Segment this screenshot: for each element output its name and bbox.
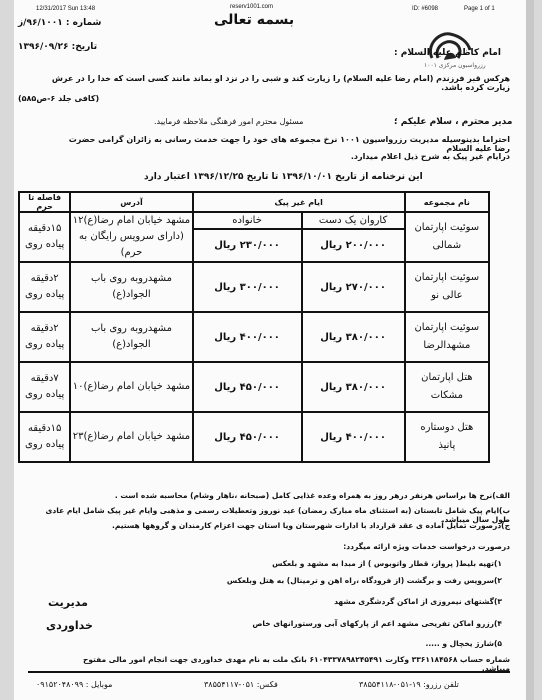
row-address: مشهدروبه روی باب الجواد(ع) [70, 262, 192, 312]
row-address: مشهد خیابان امام رضا(ع)۲۳ [70, 412, 192, 462]
row-distance: ۲دقیقهپیاده روی [19, 312, 70, 362]
subheader-family: خانواده [193, 212, 302, 229]
table-row: هتل دوستارهپانیذ ۴۰۰/۰۰۰ ریال ۴۵۰/۰۰۰ ری… [19, 412, 489, 462]
table-row: هتل اپارتمانمشکات ۳۸۰/۰۰۰ ریال ۴۵۰/۰۰۰ ر… [19, 362, 489, 412]
services-heading: درصورت درخواست خدمات ویژه ارائه میگردد: [34, 542, 510, 551]
price-family: ۴۰۰/۰۰۰ ریال [193, 312, 302, 362]
row-distance: ۲دقیقهپیاده روی [19, 262, 70, 312]
logo-caption: رزرواسیون مرکزی ۱۰۰۱ [424, 62, 486, 69]
doc-title: بسمه تعالی [214, 12, 294, 28]
print-timestamp: 12/31/2017 Sun 13:48 [36, 6, 95, 12]
row-address: مشهد خیابان امام رضا(ع)۱۲(دارای سرویس را… [70, 212, 192, 262]
price-caravan: ۴۰۰/۰۰۰ ریال [302, 412, 405, 462]
row-address: مشهدروبه روی باب الجواد(ع) [70, 312, 192, 362]
footer-fax: فکس: ۰۵۱-۳۸۵۵۴۱۱۷ [204, 680, 278, 689]
logo-icon [424, 28, 474, 64]
rates-table: نام مجموعه ایام غیر پیک آدرس فاصله تا حر… [18, 191, 490, 463]
doc-number: شماره : ۹۶/۱۰۰۱/ز [18, 18, 101, 28]
table-row: سوئیت اپارتمانعالی نو ۲۷۰/۰۰۰ ریال ۳۰۰/۰… [19, 262, 489, 312]
footer-phone: تلفن رزرو: ۱۹-۰۵۱-۳۸۵۵۴۱۱۸ [359, 680, 459, 689]
validity-line: این نرخنامه از تاریخ ۱۳۹۶/۱۰/۰۱ تا تاریخ… [144, 172, 423, 182]
price-family: ۳۰۰/۰۰۰ ریال [193, 262, 302, 312]
page-indicator: Page 1 of 1 [464, 6, 495, 12]
attention-line: مسئول محترم امور فرهنگی ملاحظه فرمایید. [154, 117, 303, 126]
intro-line-1: احتراما بدینوسیله مدیریت رزرواسیون ۱۰۰۱ … [64, 135, 510, 153]
header-name: نام مجموعه [405, 192, 489, 212]
row-name: هتل اپارتمانمشکات [405, 362, 489, 412]
price-family: ۲۳۰/۰۰۰ ریال [193, 229, 302, 262]
service-item: ۲)سرویس رفت و برگشت (از فرودگاه ،راه اهن… [34, 576, 502, 585]
document-page: 12/31/2017 Sun 13:48 reserv1001.com ID: … [14, 0, 534, 700]
doc-id: ID: #6098 [412, 6, 438, 12]
scan-shadow [526, 0, 534, 700]
service-item: ۴)رزرو اماکن تفریحی مشهد اعم از پارکهای … [34, 619, 502, 628]
imam-quote-head: امام کاظم علیه السلام : [394, 48, 501, 58]
header-address: آدرس [70, 192, 192, 212]
intro-line-2: درایام غیر پیک به شرح ذیل اعلام میدارد. [64, 152, 510, 161]
service-item: ۵)شارژ یخچال و ..... [34, 639, 502, 648]
row-name: سوئیت اپارتمانعالی نو [405, 262, 489, 312]
price-caravan: ۲۰۰/۰۰۰ ریال [302, 229, 405, 262]
quote-source: (کافی جلد ۶-ص۵۸۵) [18, 94, 99, 103]
doc-date: تاریخ: ۱۳۹۶/۰۹/۲۶ [18, 42, 97, 52]
quote-text: هرکس قبر فرزندم (امام رضا علیه السلام) ر… [40, 74, 510, 92]
price-caravan: ۳۸۰/۰۰۰ ریال [302, 312, 405, 362]
price-family: ۴۵۰/۰۰۰ ریال [193, 412, 302, 462]
signature-title: مدیریت [48, 596, 88, 609]
row-name: سوئیت اپارتمانمشهدالرضا [405, 312, 489, 362]
header-distance: فاصله تا حرم [19, 192, 70, 212]
price-caravan: ۲۷۰/۰۰۰ ریال [302, 262, 405, 312]
signature-name: خداوردی [46, 619, 93, 632]
table-row: سوئیت اپارتمانمشهدالرضا ۳۸۰/۰۰۰ ریال ۴۰۰… [19, 312, 489, 362]
row-distance: ۷دقیقهپیاده روی [19, 362, 70, 412]
site-url: reserv1001.com [230, 4, 273, 10]
note-a: الف)نرخ ها براساس هرنفر درهر روز به همرا… [34, 491, 510, 500]
row-distance: ۱۵دقیقهپیاده روی [19, 412, 70, 462]
price-family: ۴۵۰/۰۰۰ ریال [193, 362, 302, 412]
service-item: ۱)تهیه بلیط( پرواز، قطار واتوبوس ) از مب… [34, 559, 502, 568]
salutation: مدیر محترم ، سلام علیکم ؛ [394, 117, 512, 127]
table-row: سوئیت اپارتمانشمالی کاروان یک دست خانواد… [19, 212, 489, 229]
header-offpeak: ایام غیر پیک [193, 192, 405, 212]
row-name: هتل دوستارهپانیذ [405, 412, 489, 462]
note-c: ج)درصورت تمایل آماده ی عقد قرارداد با اد… [34, 521, 510, 530]
service-item: ۳)گشتهای نیمروزی از اماکن گردشگری مشهد [34, 597, 502, 606]
footer-divider [28, 671, 510, 673]
row-name: سوئیت اپارتمانشمالی [405, 212, 489, 262]
subheader-caravan: کاروان یک دست [302, 212, 405, 229]
footer-mobile: موبایل : ۰۹۱۵۲۰۴۸۰۹۹ [36, 680, 112, 689]
row-address: مشهد خیابان امام رضا(ع)۱۰ [70, 362, 192, 412]
price-caravan: ۳۸۰/۰۰۰ ریال [302, 362, 405, 412]
row-distance: ۱۵دقیقهپیاده روی [19, 212, 70, 262]
